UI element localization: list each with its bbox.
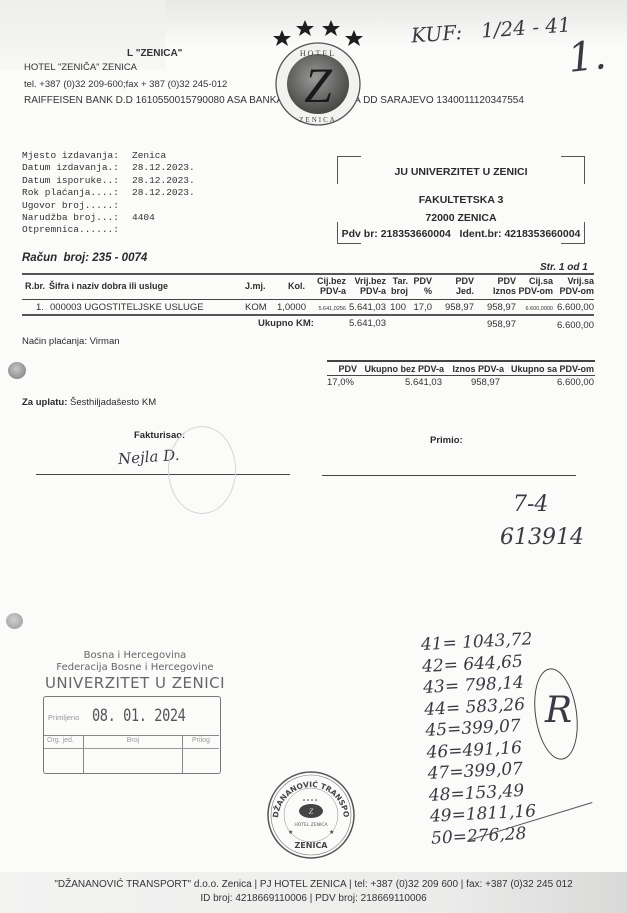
total-vrij-sa: 6.600,00 xyxy=(554,320,594,331)
faded-company-stamp xyxy=(168,426,236,514)
hotel-title: L "ZENICA" xyxy=(127,48,182,59)
hotel-round-stamp: DŽANANOVIĆ TRANSPORT D.O.O Z HOTEL ZENIC… xyxy=(266,770,356,860)
receiver-label: Primio: xyxy=(430,435,463,446)
vat-summary-header-rule xyxy=(327,375,595,376)
hotel-contact: tel. +387 (0)32 209-600;fax + 387 (0)32 … xyxy=(24,79,227,90)
invoice-number: Račun broj: 235 - 0074 xyxy=(22,252,147,264)
footer-company-line: "DŽANANOVIĆ TRANSPORT" d.o.o. Zenica | P… xyxy=(0,878,627,892)
total-vrij-bez: 5.641,03 xyxy=(346,318,386,329)
handwritten-code: 613914 xyxy=(500,525,584,550)
handwritten-initials: R xyxy=(545,690,572,731)
col-header-jmj: J.mj. xyxy=(245,281,266,291)
svg-text:Z: Z xyxy=(304,57,333,113)
amount-in-words: Za uplatu: Šesthiljadašesto KM xyxy=(22,397,156,408)
issuer-signature-line xyxy=(36,474,290,475)
recipient-name: JU UNIVERZITET U ZENICI xyxy=(337,166,585,178)
hotel-logo: HOTEL Z ZENICA xyxy=(268,14,368,126)
receiver-signature-line xyxy=(322,475,576,476)
meta-row: Datum isporuke..:28.12.2023. xyxy=(22,175,302,187)
svg-text:★: ★ xyxy=(329,829,334,836)
col-header-rbr: R.br. xyxy=(25,281,45,291)
col-header-pdv-jed: PDVJed. xyxy=(442,276,474,296)
meta-row: Rok plaćanja....:28.12.2023. xyxy=(22,187,302,199)
star-icons xyxy=(273,20,363,46)
received-date: 08. 01. 2024 xyxy=(92,706,185,726)
recipient-address-window: JU UNIVERZITET U ZENICI FAKULTETSKA 3 72… xyxy=(337,156,585,244)
col-header-vrij-bez: Vrij.bezPDV-a xyxy=(350,276,386,296)
total-pdv-iznos: 958,97 xyxy=(480,319,516,330)
table-top-rule xyxy=(22,273,594,275)
invoice-meta: Mjesto izdavanja:Zenica Datum izdavanja.… xyxy=(22,150,302,237)
page-indicator: Str. 1 od 1 xyxy=(540,262,588,273)
handwritten-account: 7-4 xyxy=(513,492,548,517)
svg-text:ZENICA: ZENICA xyxy=(295,841,329,850)
col-header-pdv-pct: PDV% xyxy=(412,276,432,296)
col-header-pdv-iznos: PDVIznos xyxy=(486,276,516,296)
stamp-divider xyxy=(44,735,219,736)
vat-summary-top-rule xyxy=(327,360,595,362)
svg-text:ZENICA: ZENICA xyxy=(299,116,337,124)
svg-text:★: ★ xyxy=(288,829,293,836)
payment-method: Način plaćanja: Virman xyxy=(22,336,120,347)
received-label: Primljeno xyxy=(48,713,79,722)
svg-text:HOTEL ZENICA: HOTEL ZENICA xyxy=(294,822,328,828)
handwritten-page-mark: 1. xyxy=(566,32,609,82)
meta-row: Ugovor broj.....: xyxy=(22,200,302,212)
meta-row: Narudžba broj...:4404 xyxy=(22,212,302,224)
col-header-vrij-sa: Vrij.saPDV-om xyxy=(556,276,594,296)
total-label: Ukupno KM: xyxy=(258,318,314,329)
footer-ids-line: ID broj: 4218669110006 | PDV broj: 21866… xyxy=(0,892,627,906)
col-header-tar: Tar.broj xyxy=(386,276,408,296)
punch-hole xyxy=(6,613,23,629)
received-stamp-box: Primljeno 08. 01. 2024 Org. jed. Broj Pr… xyxy=(43,696,221,774)
paper-fold-corner xyxy=(0,0,165,70)
meta-row: Otpremnica......: xyxy=(22,224,302,236)
recipient-city: 72000 ZENICA xyxy=(337,212,585,224)
hotel-name: HOTEL "ZENIČA" ZENICA xyxy=(24,62,137,73)
page-footer: "DŽANANOVIĆ TRANSPORT" d.o.o. Zenica | P… xyxy=(0,872,627,913)
punch-hole xyxy=(8,362,26,379)
table-bottom-rule xyxy=(22,314,594,316)
handwritten-ledger: 41= 1043,72 42= 644,65 43= 798,14 44= 58… xyxy=(420,629,543,850)
col-header-kol: Kol. xyxy=(285,281,305,291)
col-header-name: Šifra i naziv dobra ili usluge xyxy=(49,281,168,291)
recipient-tax-ids: Pdv br: 218353660004 Ident.br: 421835366… xyxy=(337,228,585,240)
university-stamp: Bosna i Hercegovina Federacija Bosne i H… xyxy=(40,650,230,692)
recipient-street: FAKULTETSKA 3 xyxy=(337,194,585,206)
svg-text:Z: Z xyxy=(309,807,314,816)
meta-row: Datum izdavanja.:28.12.2023. xyxy=(22,162,302,174)
col-header-cij-sa: Cij.saPDV-om xyxy=(517,276,553,296)
col-header-cij-bez: Cij.bezPDV-a xyxy=(310,276,346,296)
stamp-divider xyxy=(44,748,219,749)
meta-row: Mjesto izdavanja:Zenica xyxy=(22,150,302,162)
table-header-rule xyxy=(22,299,594,300)
